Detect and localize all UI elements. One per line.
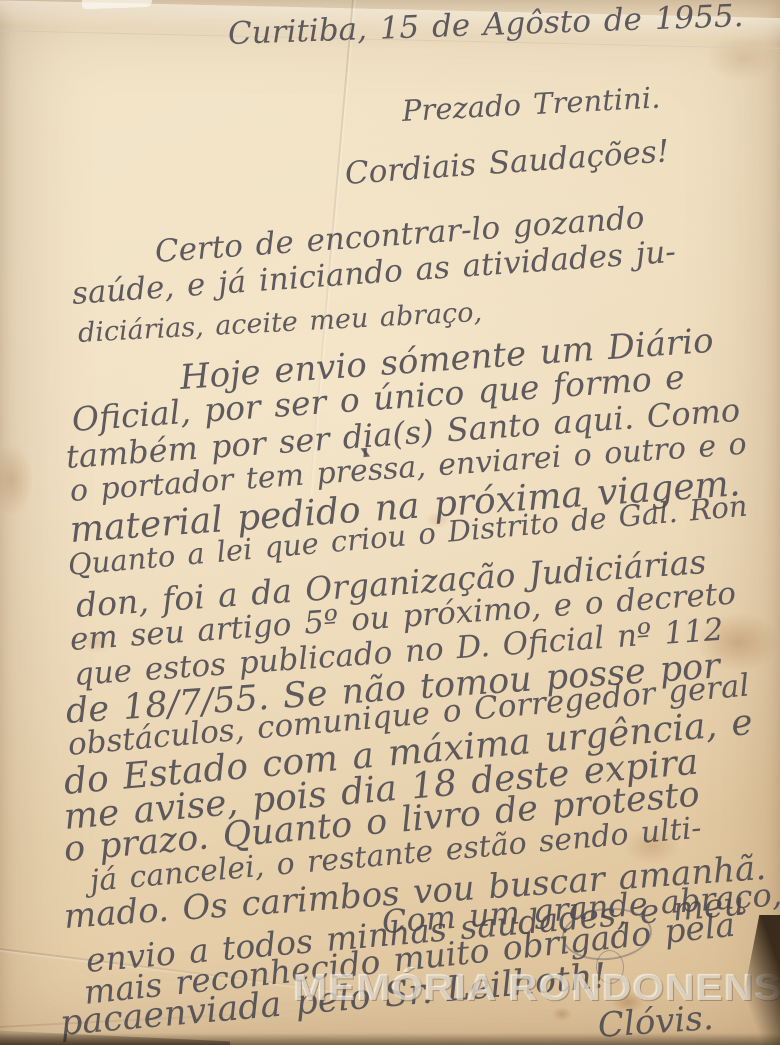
top-left-tear <box>82 0 152 9</box>
salutation-line: Prezado Trentini. <box>401 80 661 127</box>
letter-photo: Curitiba, 15 de Agôsto de 1955. Prezado … <box>0 0 780 1045</box>
watermark-overlay: MEMÓRIA RONDONENSE <box>293 968 780 1009</box>
greeting-line: Cordiais Saudações! <box>344 133 671 192</box>
letter-paper: Curitiba, 15 de Agôsto de 1955. Prezado … <box>0 0 780 1045</box>
date-line: Curitiba, 15 de Agôsto de 1955. <box>227 0 744 52</box>
